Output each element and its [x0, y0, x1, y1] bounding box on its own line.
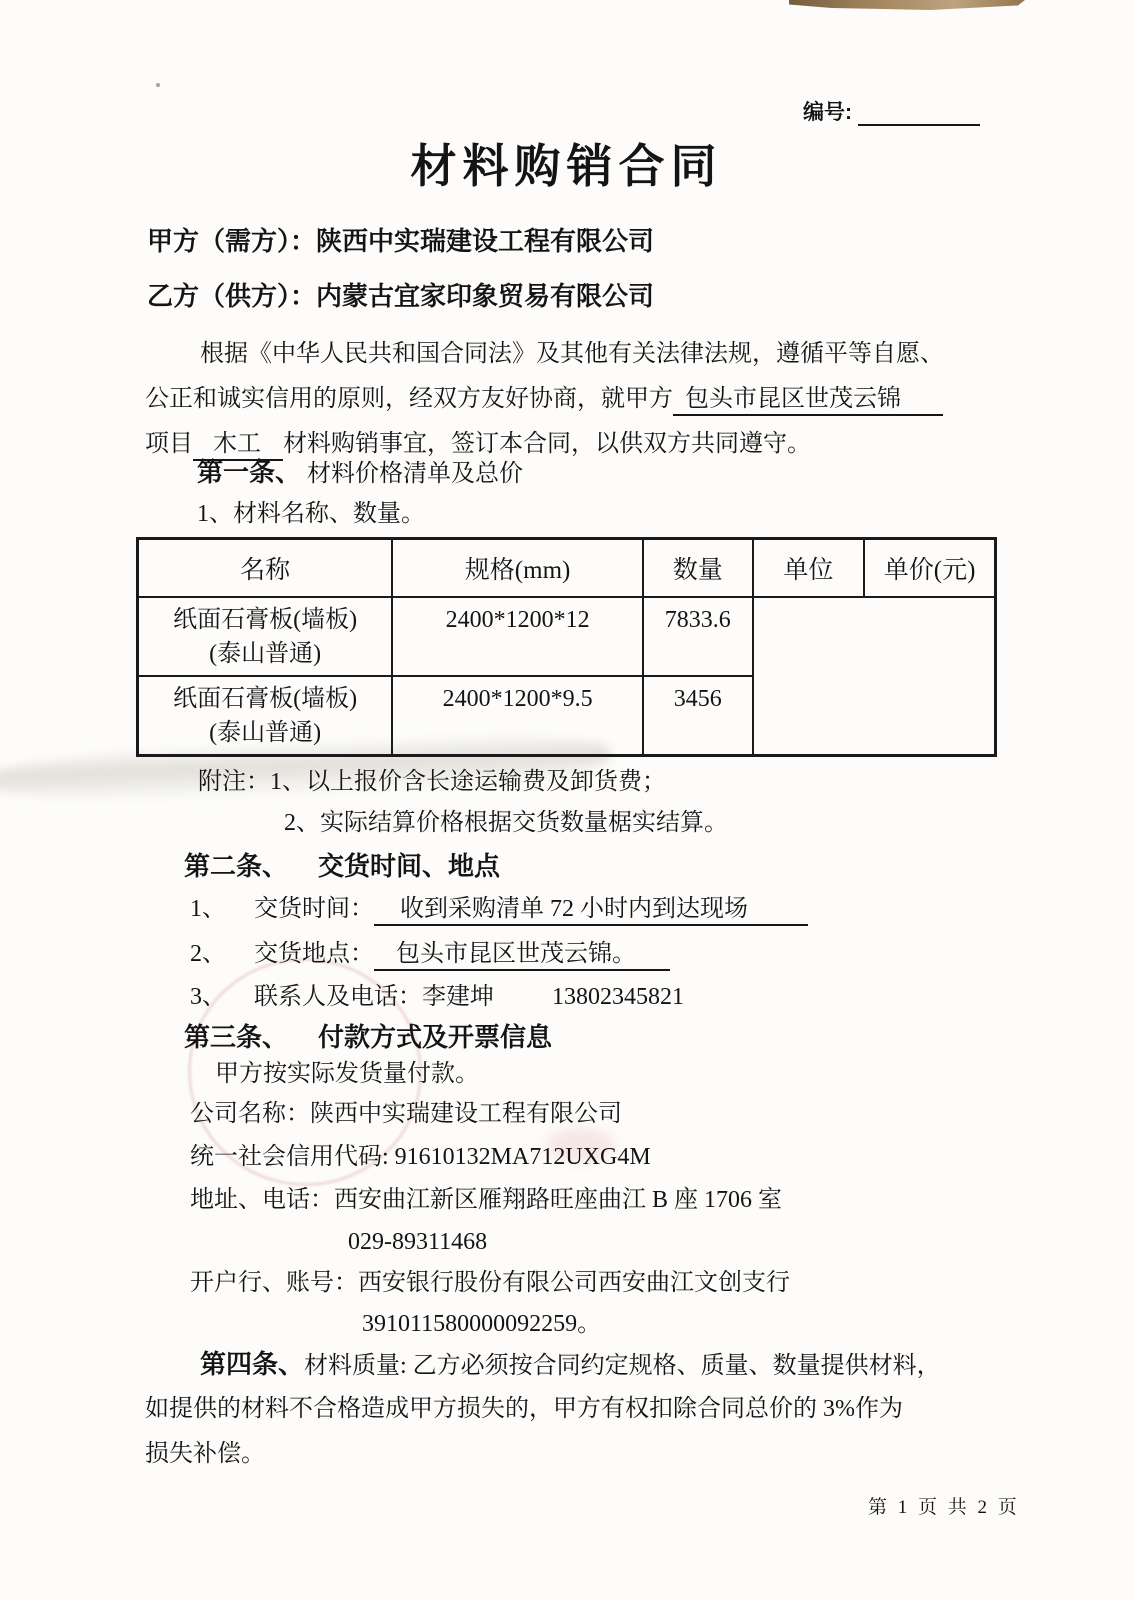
article2-heading-text: 交货时间、地点	[318, 851, 500, 881]
intro-line-3-pre: 项目	[145, 431, 193, 457]
article3-heading: 第三条、付款方式及开票信息	[184, 1017, 552, 1054]
col-header-name: 名称	[138, 539, 393, 598]
col-header-unit: 单位	[753, 539, 865, 598]
item-number: 3、	[190, 976, 254, 1011]
delivery-place-value-underlined: 包头市昆区世茂云锦。	[374, 941, 670, 971]
article1-heading: 第一条、材料价格清单及总价	[197, 452, 523, 489]
contact-row: 3、联系人及电话：李建坤13802345821	[190, 976, 684, 1011]
page-title: 材料购销合同	[0, 130, 1133, 196]
item-number: 1、	[190, 888, 254, 923]
table-header-row: 名称 规格(mm) 数量 单位 单价(元)	[138, 539, 996, 598]
doc-number-label: 编号:	[803, 101, 852, 124]
page-number-footer: 第 1 页 共 2 页	[868, 1492, 1020, 1519]
contact-label: 联系人及电话：	[254, 984, 422, 1010]
contact-phone: 13802345821	[552, 984, 684, 1010]
bank-line: 开户行、账号：西安银行股份有限公司西安曲江文创支行	[190, 1266, 790, 1300]
phone-number-line: 029-89311468	[348, 1225, 487, 1259]
cell-material-name: 纸面石膏板(墙板)(泰山普通)	[138, 676, 393, 756]
article1-heading-number: 第一条、	[197, 457, 301, 487]
intro-line-1: 根据《中华人民共和国合同法》及其他有关法律法规，遵循平等自愿、	[200, 337, 944, 371]
table-note-1: 附注：1、以上报价含长途运输费及卸货费；	[198, 765, 666, 799]
table-note-2: 2、实际结算价格根据交货数量椐实结算。	[284, 806, 728, 840]
article4-line-1: 第四条、材料质量: 乙方必须按合同约定规格、质量、数量提供材料，	[200, 1347, 941, 1383]
article2-heading: 第二条、交货时间、地点	[184, 846, 500, 883]
cell-unit-and-price-empty	[753, 597, 996, 756]
delivery-place-row: 2、交货地点：包头市昆区世茂云锦。	[190, 933, 670, 968]
article1-heading-text: 材料价格清单及总价	[307, 461, 523, 487]
party-b-line: 乙方（供方）：内蒙古宜家印象贸易有限公司	[147, 276, 654, 313]
bank-account-line: 391011580000092259。	[362, 1307, 601, 1341]
article4-line-3: 损失补偿。	[145, 1437, 265, 1471]
scan-artifact-dot	[156, 83, 160, 87]
article1-subitem: 1、材料名称、数量。	[197, 497, 425, 531]
col-header-unit-price: 单价(元)	[864, 539, 995, 598]
delivery-place-label: 交货地点：	[254, 941, 374, 967]
payment-method-line: 甲方按实际发货量付款。	[215, 1057, 479, 1091]
contract-page: 编号: 材料购销合同 甲方（需方）：陕西中实瑞建设工程有限公司 乙方（供方）：内…	[0, 0, 1133, 1600]
cell-spec: 2400*1200*12	[392, 597, 643, 676]
intro-line-2-text: 公正和诚实信用的原则，经双方友好协商，就甲方	[145, 386, 673, 412]
article4-line-2: 如提供的材料不合格造成甲方损失的，甲方有权扣除合同总价的 3%作为	[145, 1392, 903, 1426]
material-price-table: 名称 规格(mm) 数量 单位 单价(元) 纸面石膏板(墙板)(泰山普通) 24…	[136, 537, 997, 757]
address-phone-line: 地址、电话：西安曲江新区雁翔路旺座曲江 B 座 1706 室	[190, 1183, 782, 1217]
article2-heading-number: 第二条、	[184, 851, 288, 881]
item-number: 2、	[190, 933, 254, 968]
article4-line-1-text: 材料质量: 乙方必须按合同约定规格、质量、数量提供材料，	[304, 1353, 941, 1379]
cell-qty: 7833.6	[643, 597, 753, 676]
col-header-qty: 数量	[643, 539, 753, 598]
contact-name: 李建坤	[422, 984, 494, 1010]
intro-line-2: 公正和诚实信用的原则，经双方友好协商，就甲方包头市昆区世茂云锦	[145, 382, 943, 416]
article3-heading-number: 第三条、	[184, 1022, 288, 1052]
scan-artifact-top-band	[789, 0, 1025, 10]
col-header-spec: 规格(mm)	[392, 539, 643, 598]
delivery-time-row: 1、交货时间：收到采购清单 72 小时内到达现场	[190, 888, 808, 923]
cell-spec: 2400*1200*9.5	[392, 676, 643, 756]
party-a-line: 甲方（需方）：陕西中实瑞建设工程有限公司	[147, 221, 654, 258]
article3-heading-text: 付款方式及开票信息	[318, 1022, 552, 1052]
doc-number-blank-line	[858, 104, 980, 126]
company-name-line: 公司名称：陕西中实瑞建设工程有限公司	[190, 1097, 622, 1131]
article4-heading-number: 第四条、	[200, 1349, 304, 1379]
delivery-time-value-underlined: 收到采购清单 72 小时内到达现场	[374, 896, 808, 926]
credit-code-line: 统一社会信用代码: 91610132MA712UXG4M	[190, 1140, 651, 1174]
doc-number-row: 编号:	[803, 96, 980, 126]
delivery-time-label: 交货时间：	[254, 896, 374, 922]
cell-qty: 3456	[643, 676, 753, 756]
cell-material-name: 纸面石膏板(墙板)(泰山普通)	[138, 597, 393, 676]
table-row: 纸面石膏板(墙板)(泰山普通) 2400*1200*12 7833.6	[138, 597, 996, 676]
project-name-underlined: 包头市昆区世茂云锦	[673, 386, 943, 416]
